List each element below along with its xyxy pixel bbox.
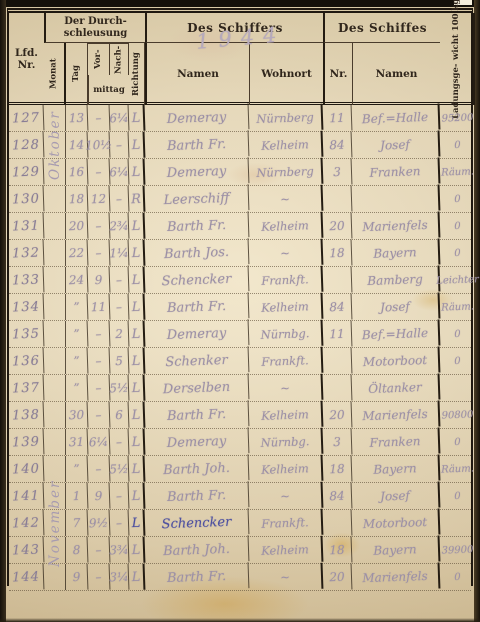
wohnort-cell: ~ — [249, 374, 324, 403]
nachmittag-cell: 6¼ — [110, 105, 130, 132]
vormittag-cell: 11 — [88, 294, 111, 321]
richtung-cell: L — [129, 456, 146, 483]
wohnort-cell: Kelheim — [249, 212, 324, 241]
col-header-nachmittag: Nach- — [110, 43, 129, 75]
lfd-nr-cell: 138 — [9, 401, 45, 428]
lfd-nr-cell: 144 — [9, 563, 45, 590]
tag-cell: 18 — [66, 186, 89, 213]
lfd-nr-cell: 128 — [9, 131, 45, 158]
schiff-nr-cell: 18 — [323, 537, 353, 564]
table-row: 13830–6LBarth Fr.Kelheim20Marienfels9080… — [9, 402, 471, 429]
schiff-name-cell: Motorboot — [352, 508, 441, 537]
table-row: 137”–5½LDerselben~Öltanker — [9, 375, 471, 402]
richtung-cell: L — [129, 429, 146, 456]
ladung-cell: 39900 — [440, 536, 476, 563]
schiff-name-cell: Marienfels — [352, 562, 441, 591]
vormittag-cell: – — [88, 240, 111, 267]
vormittag-cell: – — [88, 375, 111, 402]
month-label-oktober: Oktober — [44, 101, 66, 190]
skipper-name-cell: Demeray — [145, 103, 250, 133]
table-rows: 12713–6¼LDemerayNürnberg11Bef.=Halle9520… — [9, 105, 471, 591]
col-header-wohnort: Wohnort — [249, 43, 323, 105]
nachmittag-cell: – — [110, 510, 130, 537]
tag-cell: ” — [66, 348, 89, 375]
col-header-schiff-namen: Namen — [352, 43, 440, 105]
table-row: 133249–LSchenckerFrankft.BambergLeichter — [9, 267, 471, 294]
schiff-nr-cell: 11 — [323, 105, 353, 132]
table-row: 1449–3¼LBarth Fr.~20Marienfels0 — [9, 564, 471, 591]
vormittag-cell: – — [88, 564, 111, 591]
wohnort-cell: Kelheim — [249, 536, 324, 565]
ladung-cell: 0 — [440, 347, 476, 374]
schiff-nr-cell: 84 — [323, 294, 353, 321]
lfd-nr-cell: 142 — [9, 509, 45, 536]
schiff-name-cell: Marienfels — [352, 211, 441, 240]
monat-cell — [44, 321, 66, 347]
tag-cell: ” — [66, 321, 89, 348]
richtung-cell: L — [129, 132, 146, 159]
monat-cell — [44, 213, 66, 239]
col-header-schiff-nr: Nr. — [323, 43, 352, 105]
tag-cell: 1 — [66, 483, 89, 510]
scan-edge-left — [0, 0, 6, 622]
skipper-name-cell: Demeray — [145, 319, 250, 349]
nachmittag-cell: – — [110, 483, 130, 510]
table-row: 140”–5½LBarth Joh.Kelheim18BayernRäum. — [9, 456, 471, 483]
schiff-name-cell: Bef.=Halle — [352, 103, 441, 132]
schiff-name-cell: Franken — [352, 157, 441, 186]
vormittag-cell: – — [88, 321, 111, 348]
ladung-label-line2: wicht 100 kg — [452, 0, 461, 60]
lfd-nr-cell: 132 — [9, 239, 45, 266]
skipper-name-cell: Demeray — [145, 157, 250, 187]
lfd-nr-cell: 139 — [9, 428, 45, 455]
monat-cell — [44, 294, 66, 320]
lfd-nr-cell: 130 — [9, 185, 45, 212]
tag-cell: ” — [66, 375, 89, 402]
wohnort-cell: ~ — [249, 185, 324, 214]
skipper-name-cell: Barth Fr. — [145, 292, 250, 322]
nachmittag-cell: – — [110, 186, 130, 213]
wohnort-cell: Kelheim — [249, 131, 324, 160]
vormittag-cell: – — [88, 213, 111, 240]
table-row: 14119–LBarth Fr.~84Josef0 — [9, 483, 471, 510]
richtung-cell: L — [129, 105, 146, 132]
lfd-nr-cell: 129 — [9, 158, 45, 185]
tag-cell: 22 — [66, 240, 89, 267]
ladung-cell: 0 — [440, 482, 476, 509]
nachmittag-cell: 3¾ — [110, 537, 130, 564]
nachmittag-cell: – — [110, 267, 130, 294]
wohnort-cell: Kelheim — [249, 293, 324, 322]
vormittag-cell: – — [88, 105, 111, 132]
col-header-richtung: Richtung — [129, 43, 145, 105]
nachmittag-cell: 6¼ — [110, 159, 130, 186]
monat-cell — [44, 429, 66, 455]
richtung-cell: L — [129, 159, 146, 186]
col-header-lfd-nr: Lfd. Nr. — [9, 13, 44, 105]
vormittag-cell: 9 — [88, 267, 111, 294]
wohnort-cell: Nürnbg. — [249, 320, 324, 349]
skipper-name-cell: Barth Fr. — [145, 130, 250, 160]
skipper-name-cell: Barth Joh. — [145, 535, 250, 565]
table-row: 1301812–RLeerschiff~0 — [9, 186, 471, 213]
schiff-nr-cell: 18 — [323, 240, 353, 267]
schiff-nr-cell: 20 — [323, 213, 353, 240]
schiff-nr-cell: 3 — [323, 429, 353, 456]
ledger-table: Lfd. Nr. Der Durch- schleusung Monat Tag… — [7, 8, 473, 586]
wohnort-cell: Nürnberg — [249, 104, 324, 133]
schiff-name-cell: Bayern — [352, 238, 441, 267]
ladung-cell — [440, 509, 476, 536]
schiff-name-cell: Bayern — [352, 454, 441, 483]
monat-cell — [44, 348, 66, 374]
tag-cell: 20 — [66, 213, 89, 240]
wohnort-cell: ~ — [249, 563, 324, 592]
ladung-cell: 0 — [440, 131, 476, 158]
skipper-name-cell: Barth Fr. — [145, 211, 250, 241]
vormittag-cell: – — [88, 402, 111, 429]
table-row: 136”–5LSchenkerFrankft.Motorboot0 — [9, 348, 471, 375]
richtung-cell: L — [129, 375, 146, 402]
schiff-nr-cell: 11 — [323, 321, 353, 348]
tag-cell: ” — [66, 294, 89, 321]
skipper-name-cell: Barth Jos. — [145, 238, 250, 268]
schiff-name-cell: Bamberg — [352, 265, 441, 294]
vormittag-cell: 6¼ — [88, 429, 111, 456]
tag-cell: 16 — [66, 159, 89, 186]
table-row: 12916–6¼LDemerayNürnberg3FrankenRäum. — [9, 159, 471, 186]
group-header-durchschleusung: Der Durch- schleusung — [44, 13, 145, 43]
table-row: 14279½–LSchenckerFrankft.Motorboot — [9, 510, 471, 537]
wohnort-cell: Frankft. — [249, 266, 324, 295]
table-row: 134”11–LBarth Fr.Kelheim84JosefRäum. — [9, 294, 471, 321]
ladung-cell: 90800 — [440, 401, 476, 428]
ladung-cell: Räum. — [440, 455, 476, 482]
skipper-name-cell: Barth Fr. — [145, 562, 250, 592]
richtung-cell: R — [129, 186, 146, 213]
nachmittag-cell: 5 — [110, 348, 130, 375]
richtung-cell: L — [129, 537, 146, 564]
monat-cell — [44, 267, 66, 293]
table-row: 139316¼–LDemerayNürnbg.3Franken0 — [9, 429, 471, 456]
schiff-nr-cell — [323, 510, 353, 537]
ladung-cell: Räum. — [440, 158, 476, 185]
group-header-schiffes: Des Schiffes — [323, 13, 440, 43]
schiff-name-cell: Bayern — [352, 535, 441, 564]
vormittag-cell: – — [88, 537, 111, 564]
richtung-cell: L — [129, 348, 146, 375]
table-row: 135”–2LDemerayNürnbg.11Bef.=Halle0 — [9, 321, 471, 348]
table-row: 1438–3¾LBarth Joh.Kelheim18Bayern39900 — [9, 537, 471, 564]
nachmittag-cell: 2¾ — [110, 213, 130, 240]
vormittag-cell: 10½ — [88, 132, 111, 159]
schiff-name-cell: Marienfels — [352, 400, 441, 429]
lfd-nr-cell: 136 — [9, 347, 45, 374]
lfd-nr-cell: 127 — [9, 104, 45, 131]
ladung-cell: 0 — [440, 239, 476, 266]
schiff-nr-cell: 18 — [323, 456, 353, 483]
skipper-name-cell: Barth Joh. — [145, 454, 250, 484]
lfd-nr-cell: 131 — [9, 212, 45, 239]
skipper-name-cell: Schencker — [145, 508, 250, 538]
table-row: 12713–6¼LDemerayNürnberg11Bef.=Halle9520… — [9, 105, 471, 132]
richtung-cell: L — [129, 294, 146, 321]
lfd-nr-cell: 134 — [9, 293, 45, 320]
richtung-cell: L — [129, 510, 146, 537]
schiff-nr-cell — [323, 267, 353, 294]
ladung-cell: 0 — [440, 563, 476, 590]
nachmittag-cell: 5½ — [110, 375, 130, 402]
richtung-cell: L — [129, 267, 146, 294]
col-header-vormittag: Vor- — [88, 43, 110, 75]
ladung-cell: Räum. — [440, 293, 476, 320]
schiff-nr-cell: 3 — [323, 159, 353, 186]
schiff-name-cell: Franken — [352, 427, 441, 456]
schiff-nr-cell: 20 — [323, 402, 353, 429]
tag-cell: 8 — [66, 537, 89, 564]
table-row: 13222–1¼LBarth Jos.~18Bayern0 — [9, 240, 471, 267]
skipper-name-cell: Derselben — [145, 373, 250, 403]
durchschleusung-line1: Der Durch- — [64, 16, 127, 28]
ladung-cell: 0 — [440, 185, 476, 212]
nachmittag-cell: 2 — [110, 321, 130, 348]
wohnort-cell: ~ — [249, 239, 324, 268]
skipper-name-cell: Barth Fr. — [145, 400, 250, 430]
col-header-monat: Monat — [44, 43, 66, 105]
table-row: 1281410½–LBarth Fr.Kelheim84Josef0 — [9, 132, 471, 159]
richtung-cell: L — [129, 402, 146, 429]
wohnort-cell: Kelheim — [249, 401, 324, 430]
tag-cell: 7 — [66, 510, 89, 537]
ladung-cell: 95200 — [440, 104, 476, 131]
scanned-ledger-page: 1944 Lfd. Nr. Der Durch- schleusung Mona… — [0, 0, 480, 622]
schiff-nr-cell: 20 — [323, 564, 353, 591]
skipper-name-cell: Barth Fr. — [145, 481, 250, 511]
skipper-name-cell: Schencker — [145, 265, 250, 295]
schiff-name-cell: Öltanker — [352, 373, 441, 402]
nachmittag-cell: – — [110, 429, 130, 456]
tag-cell: 31 — [66, 429, 89, 456]
richtung-cell: L — [129, 483, 146, 510]
durchschleusung-line2: schleusung — [64, 28, 128, 40]
schiff-nr-cell: 84 — [323, 483, 353, 510]
vormittag-cell: 9½ — [88, 510, 111, 537]
tag-cell: 24 — [66, 267, 89, 294]
schiff-name-cell: Motorboot — [352, 346, 441, 375]
nachmittag-cell: 3¼ — [110, 564, 130, 591]
richtung-cell: L — [129, 213, 146, 240]
scan-edge-bottom — [0, 618, 480, 622]
scan-edge-top — [0, 0, 480, 7]
lfd-nr-cell: 133 — [9, 266, 45, 293]
wohnort-cell: ~ — [249, 482, 324, 511]
col-header-ladungsgewicht: Ladungsge- wicht 100 kg — [440, 13, 475, 105]
vormittag-cell: 9 — [88, 483, 111, 510]
col-header-tag: Tag — [66, 43, 88, 105]
skipper-name-cell: Demeray — [145, 427, 250, 457]
schiff-name-cell: Bef.=Halle — [352, 319, 441, 348]
skipper-name-cell: Leerschiff — [145, 184, 250, 214]
tag-cell: ” — [66, 456, 89, 483]
ladung-cell: 0 — [440, 212, 476, 239]
richtung-cell: L — [129, 321, 146, 348]
schiff-name-cell — [352, 184, 441, 213]
lfd-nr-cell: 137 — [9, 374, 45, 401]
schiff-nr-cell: 84 — [323, 132, 353, 159]
table-row: 13120–2¾LBarth Fr.Kelheim20Marienfels0 — [9, 213, 471, 240]
richtung-cell: L — [129, 240, 146, 267]
ladung-cell: Leichter — [440, 266, 476, 293]
wohnort-cell: Frankft. — [249, 509, 324, 538]
lfd-nr-cell: 135 — [9, 320, 45, 347]
tag-cell: 30 — [66, 402, 89, 429]
nachmittag-cell: 5½ — [110, 456, 130, 483]
monat-cell — [44, 240, 66, 266]
schiff-name-cell: Josef — [352, 481, 441, 510]
schiff-nr-cell — [323, 348, 353, 375]
vormittag-cell: – — [88, 159, 111, 186]
tag-cell: 9 — [66, 564, 89, 591]
lfd-label-line1: Lfd. — [15, 47, 38, 59]
vormittag-cell: – — [88, 456, 111, 483]
nachmittag-cell: – — [110, 132, 130, 159]
month-label-november: November — [44, 479, 66, 568]
richtung-cell: L — [129, 564, 146, 591]
schiff-nr-cell — [323, 186, 353, 213]
lfd-label-line2: Nr. — [18, 59, 36, 71]
col-header-mittag: mittag — [88, 75, 129, 105]
ladung-cell: 0 — [440, 428, 476, 455]
lfd-nr-cell: 140 — [9, 455, 45, 482]
schiff-nr-cell — [323, 375, 353, 402]
vormittag-cell: – — [88, 348, 111, 375]
wohnort-cell: Kelheim — [249, 455, 324, 484]
monat-cell — [44, 402, 66, 428]
wohnort-cell: Frankft. — [249, 347, 324, 376]
vormittag-cell: 12 — [88, 186, 111, 213]
lfd-nr-cell: 143 — [9, 536, 45, 563]
nachmittag-cell: – — [110, 294, 130, 321]
nachmittag-cell: 1¼ — [110, 240, 130, 267]
wohnort-cell: Nürnbg. — [249, 428, 324, 457]
lfd-nr-cell: 141 — [9, 482, 45, 509]
schiff-name-cell: Josef — [352, 292, 441, 321]
tag-cell: 13 — [66, 105, 89, 132]
schiff-name-cell: Josef — [352, 130, 441, 159]
monat-cell — [44, 375, 66, 401]
ladung-cell: 0 — [440, 320, 476, 347]
wohnort-cell: Nürnberg — [249, 158, 324, 187]
ladung-cell — [440, 374, 476, 401]
skipper-name-cell: Schenker — [145, 346, 250, 376]
nachmittag-cell: 6 — [110, 402, 130, 429]
